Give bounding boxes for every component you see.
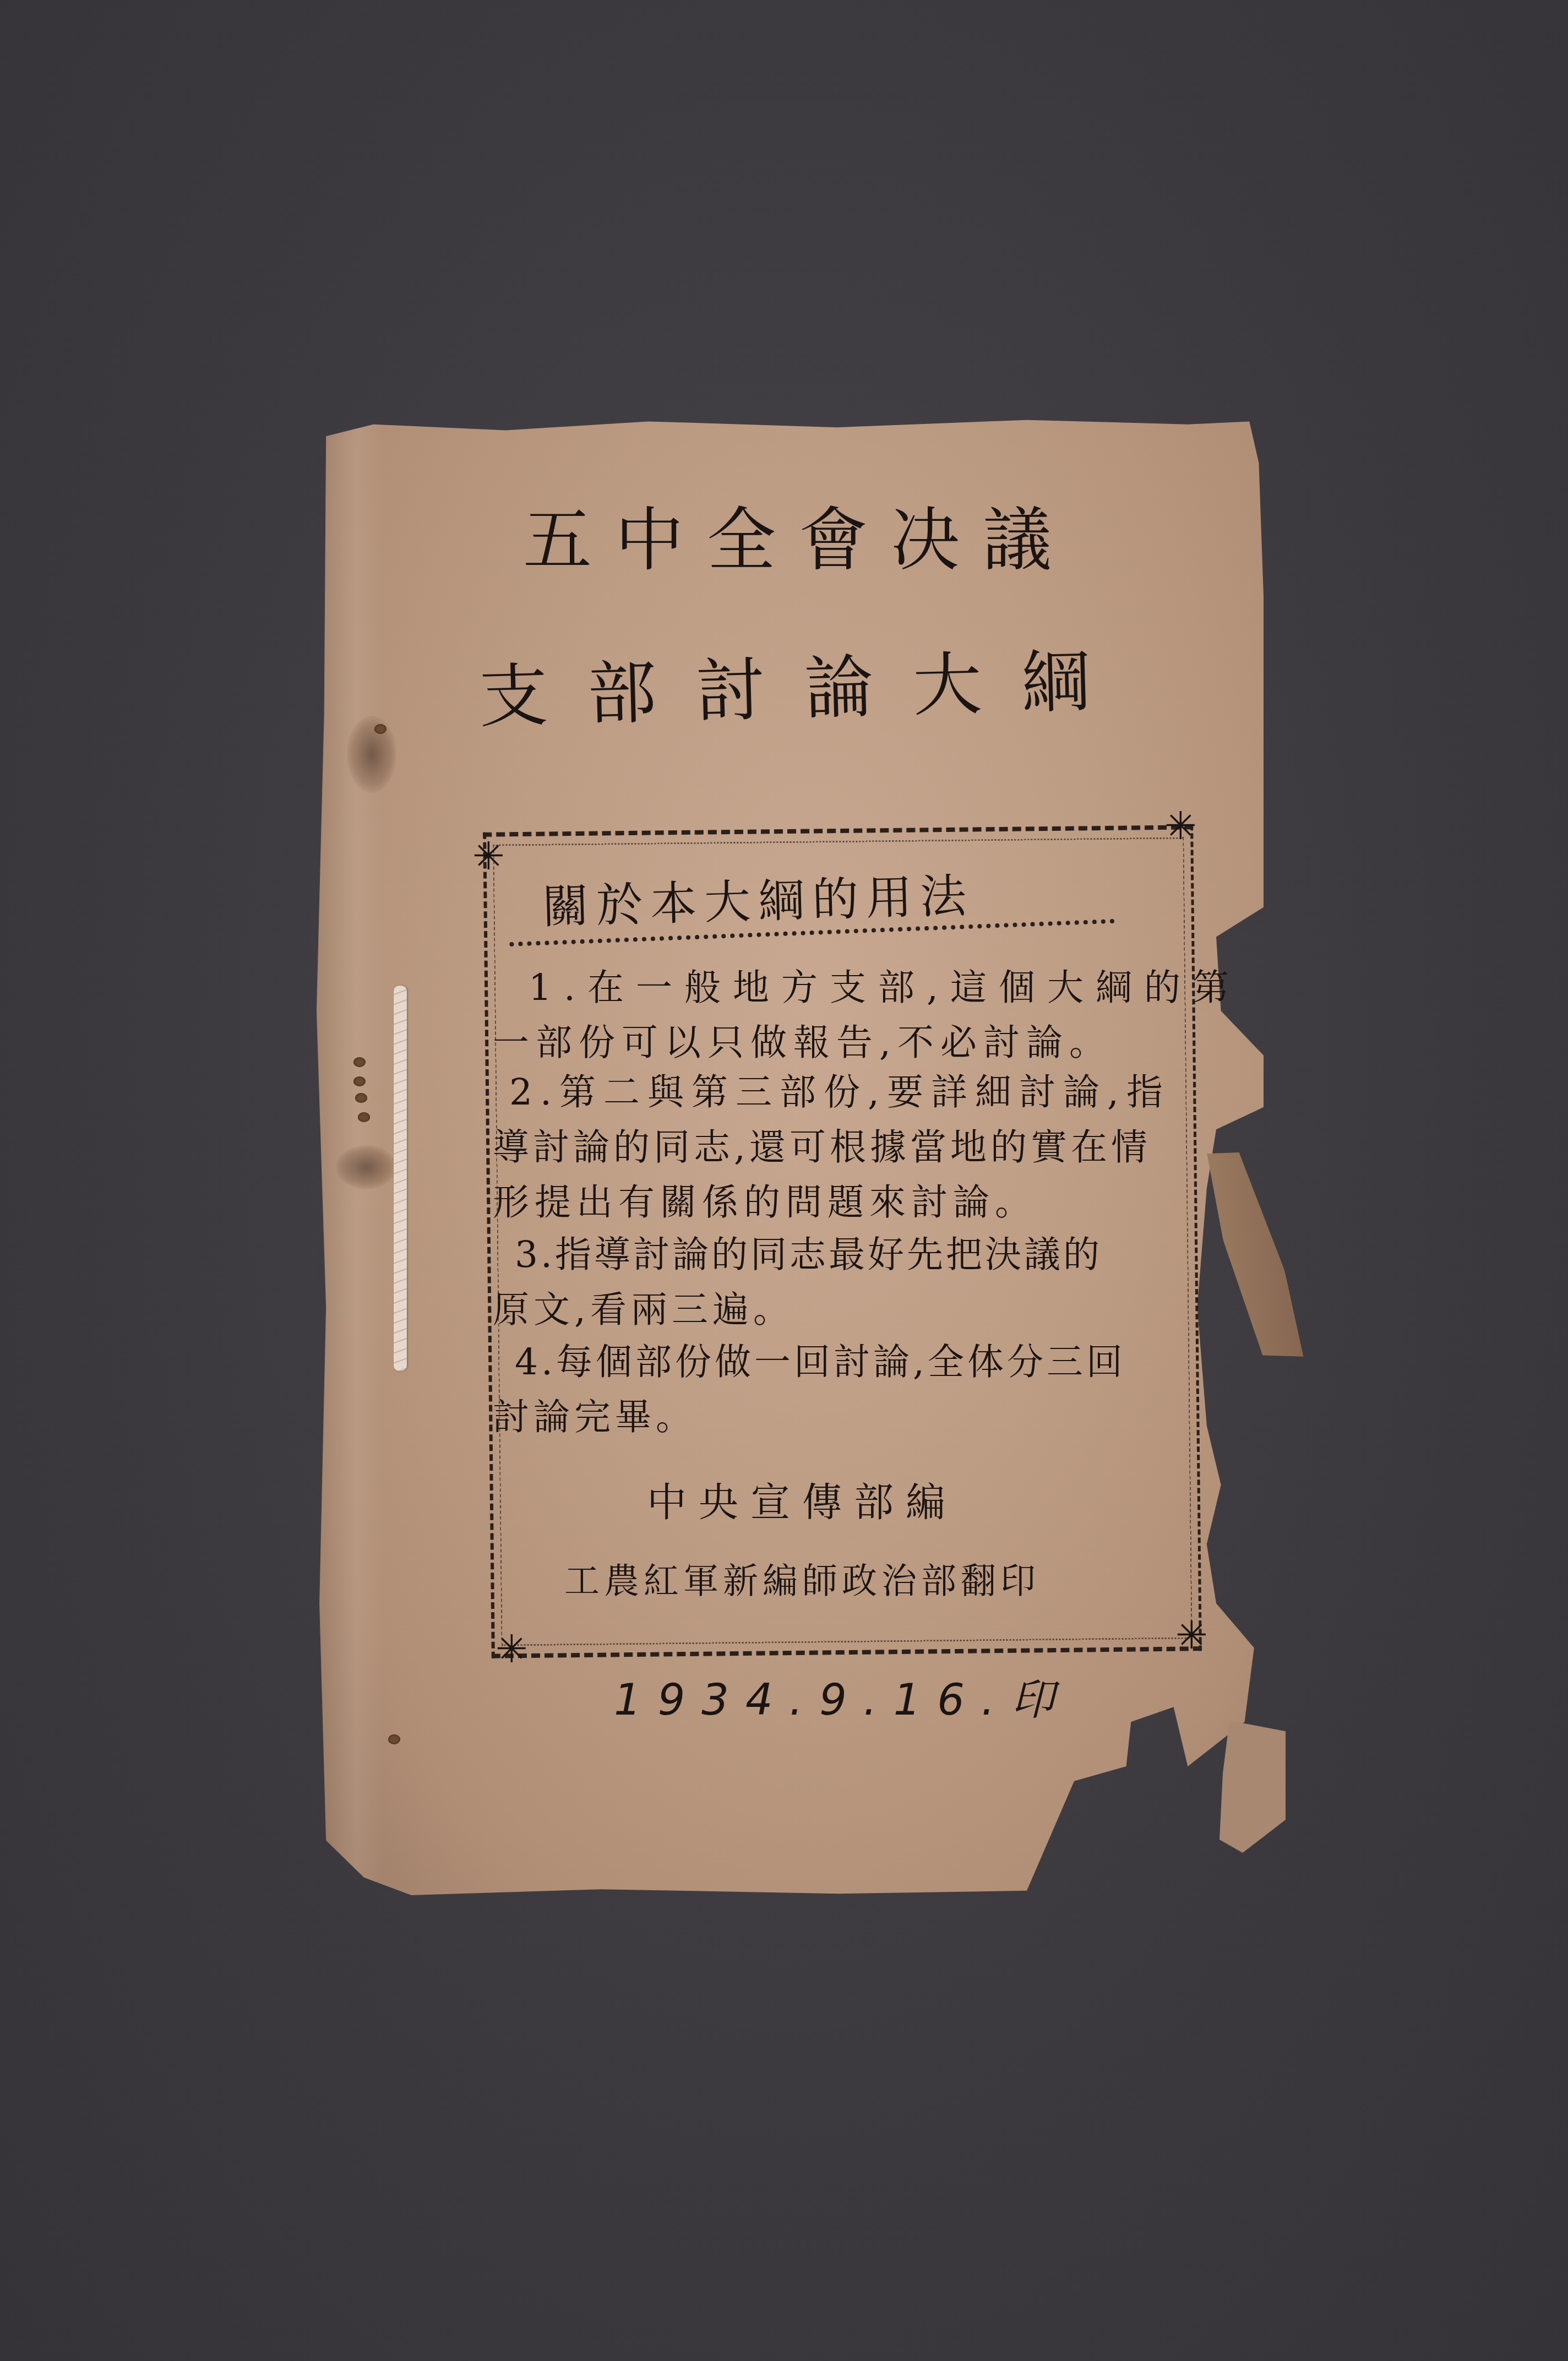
corner-star-icon: ✳: [1175, 1616, 1208, 1655]
instruction-line: 討論完畢。: [493, 1388, 696, 1440]
editor-credit: 中央宣傳部編: [647, 1470, 957, 1527]
corner-star-icon: ✳: [472, 837, 505, 875]
corner-star-icon: ✳: [1164, 807, 1197, 845]
binding-hole: [358, 1112, 370, 1122]
corner-star-icon: ✳: [496, 1630, 528, 1668]
binding-hole: [374, 724, 386, 734]
print-date: 1934.9.16.印: [614, 1666, 1071, 1727]
binding-string: [394, 986, 407, 1371]
instruction-line: 1.在一般地方支部,這個大綱的第: [529, 958, 1241, 1010]
document-title-line-2: 支部討論大綱: [478, 625, 1131, 741]
ink-stain: [336, 1145, 396, 1189]
document-title-line-1: 五中全會决議: [523, 485, 1075, 584]
photo-background: { "document": { "title_line_1": "五中全會决議"…: [0, 0, 1568, 2361]
instruction-line: 一部份可以只做報告,不必討論。: [493, 1013, 1112, 1065]
instruction-line: 導討論的同志,還可根據當地的實在情: [493, 1118, 1151, 1170]
binding-hole: [353, 1076, 366, 1086]
torn-paper-corner: [1219, 1721, 1286, 1853]
instruction-line: 原文,看兩三遍。: [493, 1280, 794, 1332]
instruction-line: 2.第二與第三部份,要詳細討論,指: [509, 1063, 1170, 1115]
instruction-line: 3.指導討論的同志最好先把決議的: [515, 1225, 1102, 1277]
binding-hole: [355, 1093, 367, 1103]
instruction-line: 形提出有關係的問題來討論。: [493, 1173, 1037, 1225]
instruction-line: 4.每個部份做一回討論,全体分三回: [515, 1332, 1126, 1385]
ink-stain: [347, 716, 396, 793]
binding-hole: [388, 1734, 400, 1744]
torn-paper-flap: [1202, 1142, 1306, 1368]
box-heading: 關於本大綱的用法: [542, 859, 975, 937]
printer-credit: 工農紅軍新編師政治部翻印: [564, 1553, 1040, 1603]
binding-hole: [353, 1057, 366, 1067]
